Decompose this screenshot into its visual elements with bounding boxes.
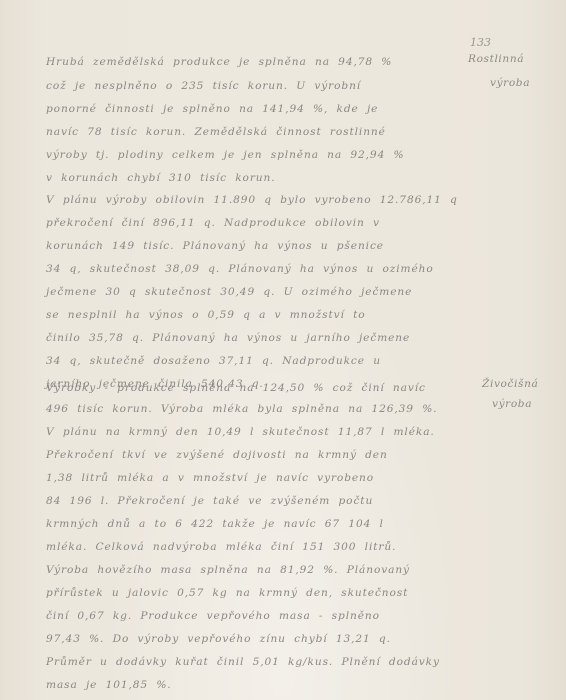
text-line: Výroba hovězího masa splněna na 81,92 %.… [46,564,410,576]
text-line: 84 196 l. Překročení je také ve zvýšeném… [46,495,373,507]
text-line: ječmene 30 q skutečnost 30,49 q. U ozimé… [46,286,412,298]
text-line: ponorné činnosti je splněno na 141,94 %,… [46,103,378,115]
margin-label-plant-production-line2: výroba [490,77,530,89]
text-line: činí 0,67 kg. Produkce vepřového masa - … [46,610,380,622]
page-number: 133 [470,36,491,49]
text-line: Překročení tkví ve zvýšené dojivosti na … [46,449,388,461]
margin-label-animal-production-line2: výroba [492,398,532,410]
text-line: Výrobky - produkce splněna na 124,50 % c… [46,382,426,394]
text-line: V plánu výroby obilovin 11.890 q bylo vy… [46,194,458,206]
text-line: v korunách chybí 310 tisíc korun. [46,172,276,184]
text-line: krmných dnů a to 6 422 takže je navíc 67… [46,518,384,530]
margin-label-animal-production-line1: Živočišná [482,378,538,390]
text-line: korunách 149 tisíc. Plánovaný ha výnos u… [46,240,384,252]
text-line: V plánu na krmný den 10,49 l skutečnost … [46,426,435,438]
text-line: navíc 78 tisíc korun. Zemědělská činnost… [46,126,386,138]
text-line: 97,43 %. Do výroby vepřového zínu chybí … [46,633,391,645]
text-line: překročení činí 896,11 q. Nadprodukce ob… [46,217,380,229]
handwritten-page: 133 Rostlinná výroba Hrubá zemědělská pr… [0,0,566,700]
text-line: 34 q, skutečnost 38,09 q. Plánovaný ha v… [46,263,434,275]
text-line: mléka. Celková nadvýroba mléka činí 151 … [46,541,396,553]
text-line: 34 q, skutečně dosaženo 37,11 q. Nadprod… [46,355,381,367]
text-line: Průměr u dodávky kuřat činil 5,01 kg/kus… [46,656,440,668]
text-line: výroby tj. plodiny celkem je jen splněna… [46,149,404,161]
text-line: přírůstek u jalovic 0,57 kg na krmný den… [46,587,408,599]
text-line: masa je 101,85 %. [46,679,172,691]
text-line: Hrubá zemědělská produkce je splněna na … [46,56,392,68]
text-line: což je nesplněno o 235 tisíc korun. U vý… [46,80,361,92]
text-line: 496 tisíc korun. Výroba mléka byla splně… [46,403,437,415]
margin-label-plant-production-line1: Rostlinná [468,53,524,65]
text-line: činilo 35,78 q. Plánovaný ha výnos u jar… [46,332,410,344]
text-line: 1,38 litrů mléka a v množství je navíc v… [46,472,374,484]
text-line: se nesplnil ha výnos o 0,59 q a v množst… [46,309,366,321]
